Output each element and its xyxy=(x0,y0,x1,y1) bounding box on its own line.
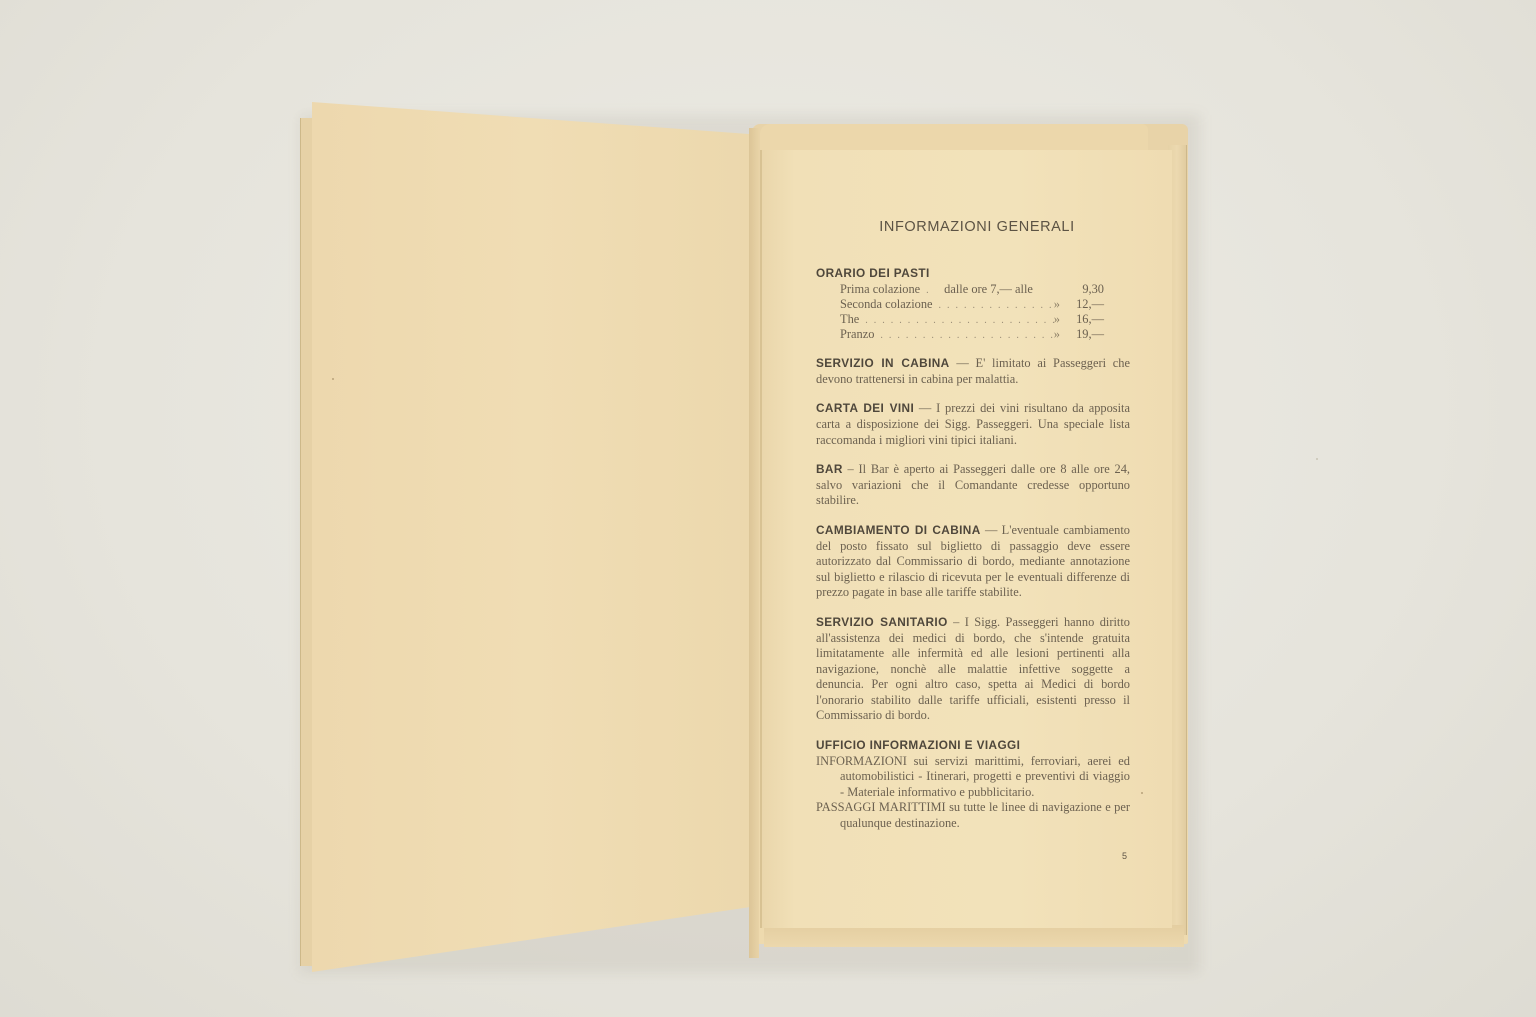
section-body: – Il Bar è aperto ai Passeggeri dalle or… xyxy=(816,462,1130,507)
spine-gutter xyxy=(749,128,759,958)
paper-speck xyxy=(1141,792,1143,794)
section-heading: ORARIO DEI PASTI xyxy=(816,266,1130,282)
section-cabin-change: CAMBIAMENTO DI CABINA — L'eventuale camb… xyxy=(816,523,1130,601)
section-heading: SERVIZIO IN CABINA xyxy=(816,356,950,370)
section-heading: BAR xyxy=(816,462,843,476)
paper-speck xyxy=(332,378,334,380)
left-page-blank xyxy=(312,102,752,972)
page-number: 5 xyxy=(1122,851,1127,861)
section-medical-service: SERVIZIO SANITARIO – I Sigg. Passeggeri … xyxy=(816,615,1130,724)
section-cabin-service: SERVIZIO IN CABINA — E' limitato ai Pass… xyxy=(816,356,1130,387)
section-heading: SERVIZIO SANITARIO xyxy=(816,615,948,629)
page-title: INFORMAZIONI GENERALI xyxy=(816,220,1130,236)
meal-row: The ....................................… xyxy=(840,312,1104,327)
section-heading: CAMBIAMENTO DI CABINA xyxy=(816,523,981,537)
section-travel-office: UFFICIO INFORMAZIONI E VIAGGI INFORMAZIO… xyxy=(816,738,1130,832)
section-bar: BAR – Il Bar è aperto ai Passeggeri dall… xyxy=(816,462,1130,509)
section-wine-list: CARTA DEI VINI — I prezzi dei vini risul… xyxy=(816,401,1130,448)
section-line: INFORMAZIONI sui servizi marittimi, ferr… xyxy=(816,754,1130,801)
meal-schedule: Prima colazione . dalle ore 7,— alle 9,3… xyxy=(816,282,1130,342)
page-text: INFORMAZIONI GENERALI ORARIO DEI PASTI P… xyxy=(816,220,1130,846)
section-line: PASSAGGI MARITTIMI su tutte le linee di … xyxy=(816,800,1130,831)
meal-row: Prima colazione . dalle ore 7,— alle 9,3… xyxy=(840,282,1104,297)
section-heading: CARTA DEI VINI xyxy=(816,401,914,415)
section-body: – I Sigg. Passeggeri hanno diritto all'a… xyxy=(816,615,1130,723)
paper-speck xyxy=(1316,458,1318,460)
section-heading: UFFICIO INFORMAZIONI E VIAGGI xyxy=(816,738,1130,754)
meal-row: Pranzo .................................… xyxy=(840,327,1104,342)
meal-row: Seconda colazione ......................… xyxy=(840,297,1104,312)
page-stack-bottom xyxy=(764,925,1184,947)
cover-flap-top xyxy=(760,124,1148,152)
section-meal-times: ORARIO DEI PASTI Prima colazione . dalle… xyxy=(816,266,1130,343)
